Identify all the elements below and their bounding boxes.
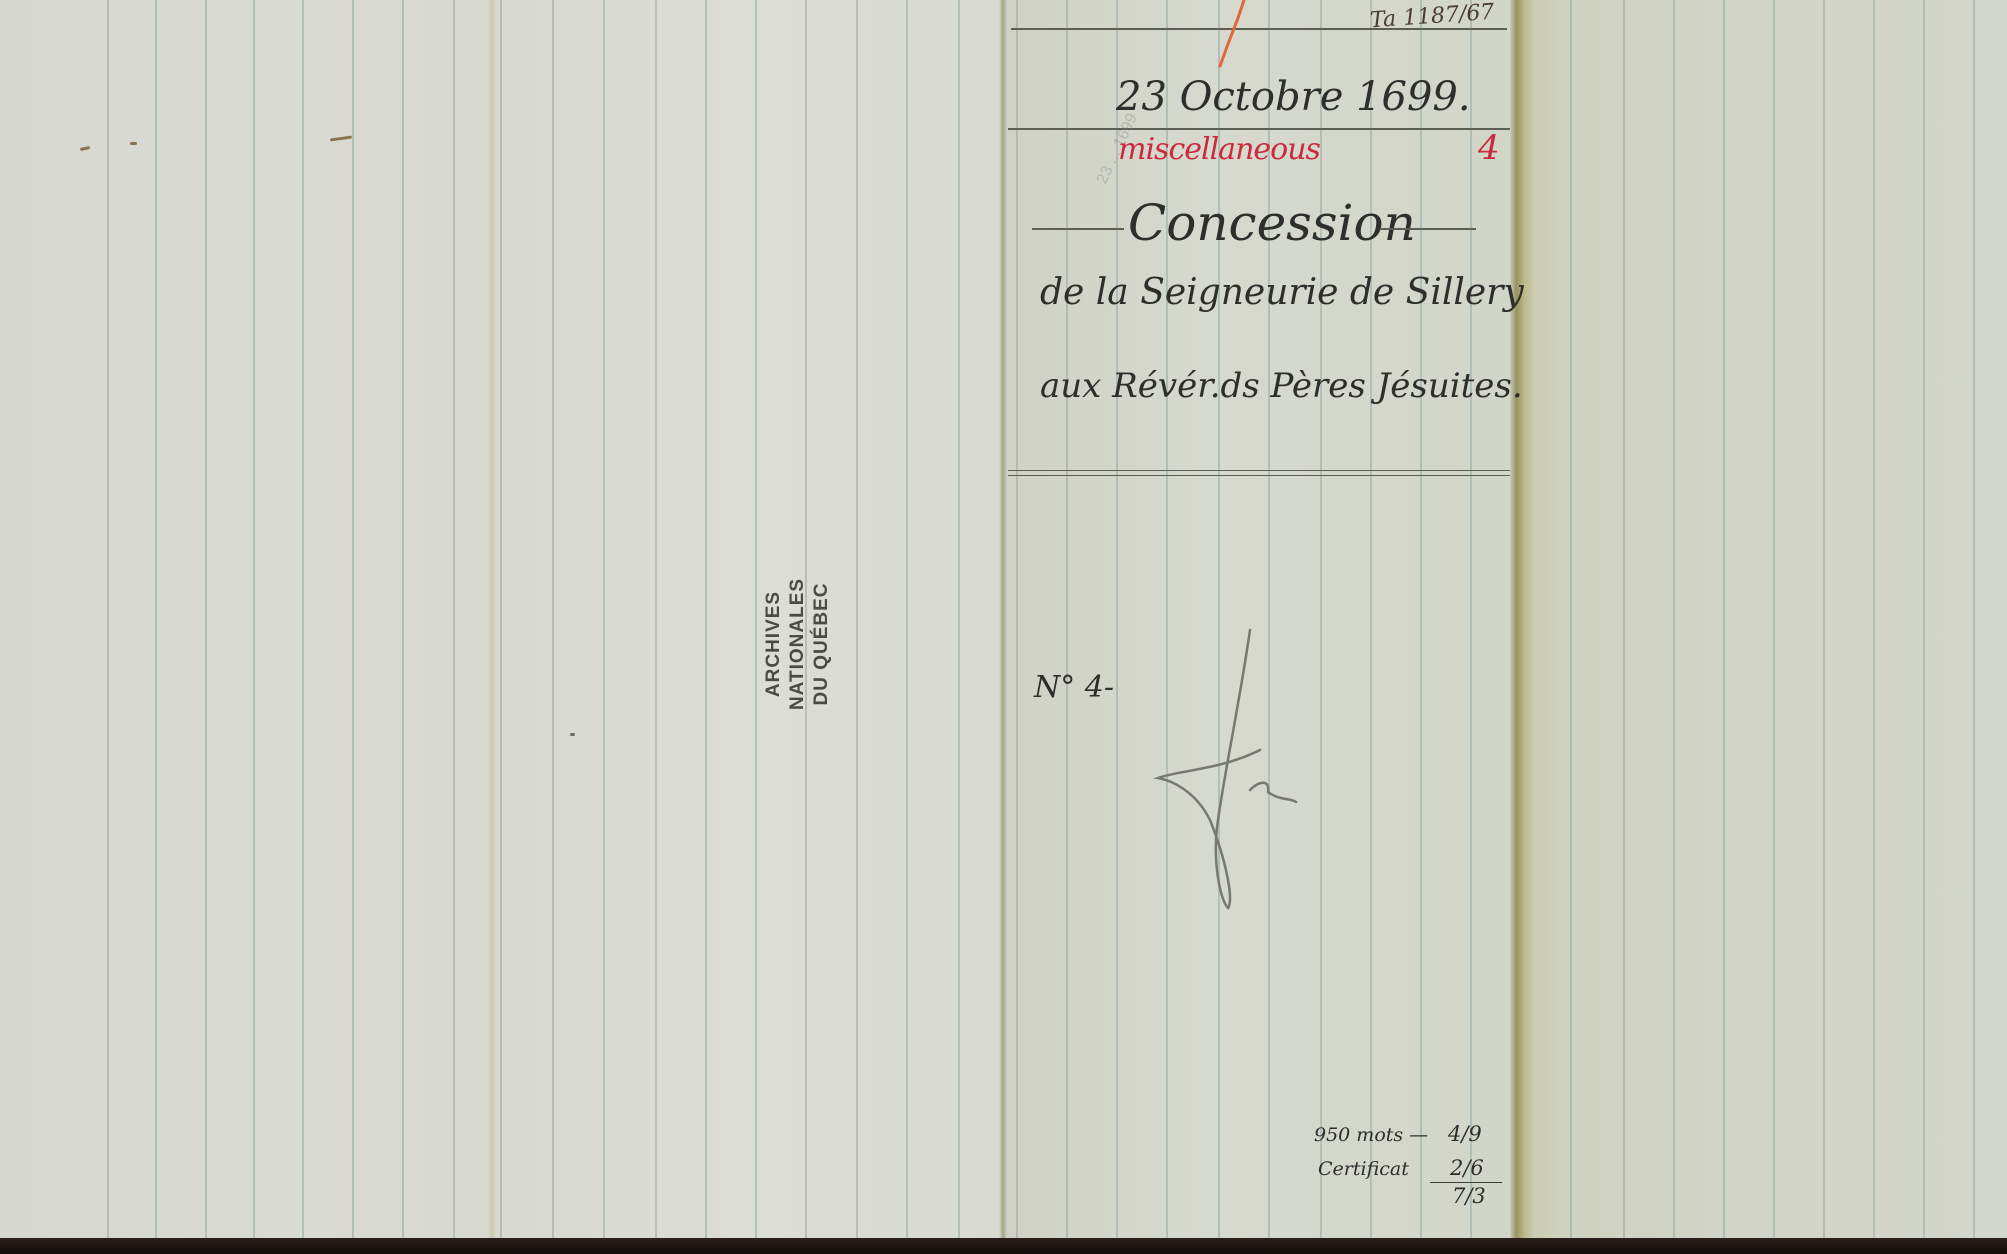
stamp-line-1: ARCHIVES NATIONALES	[762, 524, 810, 764]
ruled-line	[1320, 0, 1322, 1240]
check-mark-icon	[1210, 0, 1250, 72]
ruled-line	[155, 0, 157, 1240]
ruled-line	[500, 0, 502, 1240]
docket-subtitle-2: aux Révér.ds Pères Jésuites.	[1040, 366, 1523, 406]
docket-date: 23 Octobre 1699.	[1116, 74, 1471, 120]
ruled-line	[1723, 0, 1725, 1240]
ruled-line	[856, 0, 858, 1240]
ruled-line	[1570, 0, 1572, 1240]
ruled-line	[958, 0, 960, 1240]
ruled-line	[906, 0, 908, 1240]
fee-line-2-label: Certificat	[1318, 1158, 1409, 1180]
docket-rule-double-1	[1008, 470, 1510, 471]
ruled-line	[1116, 0, 1118, 1240]
ruled-line	[1973, 0, 1975, 1240]
document-sheet: ARCHIVES NATIONALES DU QUÉBEC Ta 1187/67…	[0, 0, 2007, 1240]
ruled-line	[705, 0, 707, 1240]
category-label: miscellaneous	[1118, 132, 1320, 167]
docket-subtitle-1: de la Seigneurie de Sillery	[1040, 272, 1524, 313]
docket-rule-double-2	[1008, 475, 1510, 476]
scanner-background-edge	[0, 1238, 2007, 1254]
docket-title: Concession	[1128, 194, 1416, 252]
ruled-line	[552, 0, 554, 1240]
fold-crease-3	[1510, 0, 1534, 1240]
panel-left	[0, 0, 492, 1240]
docket-number: N° 4-	[1034, 670, 1114, 705]
stamp-line-2: DU QUÉBEC	[810, 524, 834, 764]
ruled-line	[755, 0, 757, 1240]
ruled-line	[1673, 0, 1675, 1240]
title-dash-right	[1380, 228, 1476, 230]
title-dash-left	[1032, 228, 1124, 230]
ink-speck	[130, 142, 137, 145]
ruled-line	[1773, 0, 1775, 1240]
ruled-line	[1066, 0, 1068, 1240]
ruled-line	[302, 0, 304, 1240]
ink-speck	[570, 733, 575, 736]
ruled-line	[603, 0, 605, 1240]
category-number: 4	[1478, 128, 1500, 168]
ruled-line	[1873, 0, 1875, 1240]
archives-stamp: ARCHIVES NATIONALES DU QUÉBEC	[762, 524, 814, 764]
ruled-line	[107, 0, 109, 1240]
fee-line-1-value: 4/9	[1448, 1122, 1482, 1146]
ruled-line	[253, 0, 255, 1240]
ruled-line	[453, 0, 455, 1240]
ruled-line	[205, 0, 207, 1240]
fold-crease-1	[488, 0, 496, 1240]
ruled-line	[655, 0, 657, 1240]
panel-center-left	[492, 0, 1004, 1240]
ruled-line	[1016, 0, 1018, 1240]
docket-rule-date	[1008, 128, 1510, 130]
fee-line-1-label: 950 mots —	[1314, 1124, 1428, 1146]
fold-crease-2	[999, 0, 1007, 1240]
ruled-line	[1420, 0, 1422, 1240]
pencil-initials-icon	[1150, 620, 1310, 920]
ruled-line	[1623, 0, 1625, 1240]
fee-sum-rule	[1430, 1182, 1502, 1183]
ruled-line	[402, 0, 404, 1240]
panel-right	[1516, 0, 2007, 1240]
fee-line-2-value: 2/6	[1450, 1156, 1484, 1180]
fee-total: 7/3	[1452, 1184, 1486, 1208]
ruled-line	[1923, 0, 1925, 1240]
ruled-line	[1823, 0, 1825, 1240]
ruled-line	[352, 0, 354, 1240]
ruled-line	[1470, 0, 1472, 1240]
ruled-line	[1370, 0, 1372, 1240]
